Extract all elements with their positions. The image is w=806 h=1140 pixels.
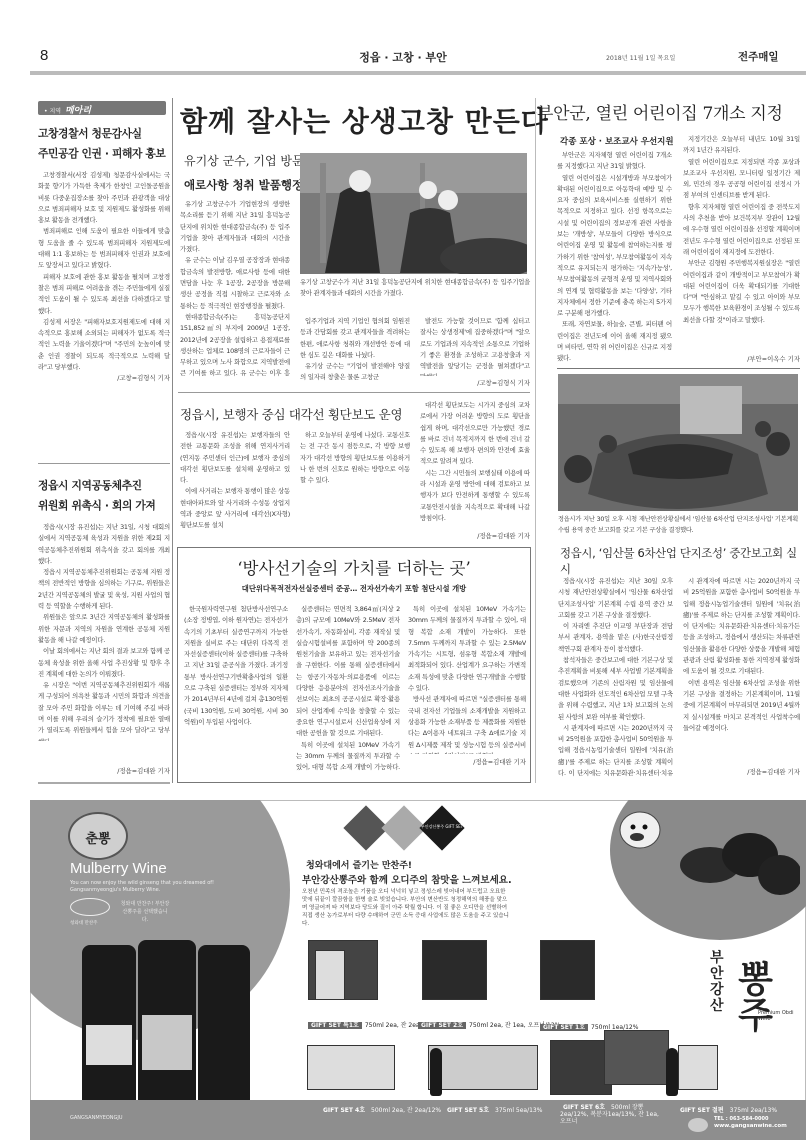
website-link[interactable]: www.gangsanwine.com — [714, 1123, 787, 1129]
article-body-col-3: 발전도 가능할 것이므로 '함께 십터고 잘사는 상생경제'에 집중하겠다"며 … — [420, 316, 530, 376]
article-jeongeup-community: 정읍시 지역공동체추진 위원회 위촉식 · 회의 가져 정읍시(시장 유진섭)는… — [38, 476, 170, 741]
factory-photo-illustration — [300, 153, 527, 274]
radiation-body-col-2: 실증센터는 연면적 3,864㎡(지상 2층)의 규모에 10MeV와 2.5M… — [296, 604, 400, 772]
bottle-label — [142, 1015, 192, 1070]
radiation-subheadline: 대단위다목적전자선실증센터 준공… 전자선가속기 포함 첨단시설 개방 — [177, 584, 531, 594]
divider — [38, 463, 170, 464]
article-body-col-2: 입주기업과 지역 기업인 협의회 임원진 등과 간담회를 갖고 관계자들을 격려… — [300, 316, 410, 390]
promo-line-2: 부안강산뽕주와 함께 오디주의 참맛을 느껴보세요. — [302, 872, 512, 886]
divider — [38, 782, 170, 784]
buan-body-col-1: 부안군은 지자체형 열린 어린이집 7개소를 지정했다고 지난 31일 밝혔다.… — [557, 150, 672, 364]
newspaper-name: 전주매일 — [738, 49, 779, 64]
gift-set-caption: GIFT SET 5호375ml 5ea/13% — [444, 1105, 542, 1114]
mulberry-fruit-icon — [670, 820, 800, 900]
gift-box-3 — [540, 940, 595, 1000]
subheadline-2: 애로사항 청취 발품행정 — [184, 177, 303, 193]
gift-set-caption: GIFT SET 4호500ml 2ea, 잔 2ea/12% — [320, 1105, 441, 1114]
promo-body: 오천년 민족의 격조높은 기품을 오디 넉넉히 넣고 정성스레 빚어내어 부드럽… — [302, 888, 512, 928]
forest-body-col-1: 정읍시(시장 유진섭)는 지난 30일 오후 시청 재난안전상황실에서 '임산물… — [558, 576, 673, 778]
column-rule — [172, 98, 173, 783]
bottle-small — [430, 1048, 442, 1096]
byline: /고창=김형식 기자 — [38, 373, 170, 382]
crosswalk-headline: 정읍시, 보행자 중심 대각선 횡단보도 운영 — [180, 405, 402, 423]
brand-badge: 춘뽕 — [68, 812, 128, 860]
radiation-body-col-3: 특히 이곳에 설치된 10MeV 가속기는 30mm 두께의 물질까지 투과할 … — [408, 604, 526, 754]
buan-body-col-2: 지정기간은 오늘부터 내년도 10월 31일까지 1년간 유지된다. 열린 어린… — [683, 134, 800, 364]
company-logo-icon — [688, 1118, 708, 1132]
headline-line-2: 주민공감 인권 · 피해자 홍보 — [38, 144, 170, 164]
phone-number: TEL : 063-584-0000 — [714, 1116, 768, 1122]
section-title: 정읍 · 고창 · 부안 — [0, 49, 806, 65]
crosswalk-body-col-2: 하고 오늘부터 운영에 나섰다. 교통신호는 전 구간 동시 점등으로, 각 방… — [300, 430, 410, 540]
byline: /고창=김형식 기자 — [420, 378, 530, 387]
mulberry-wine-advertisement[interactable]: 춘뽕 Mulberry Wine You can now enjoy the w… — [30, 800, 806, 1140]
headline-line-2: 위원회 위촉식 · 회의 가져 — [38, 496, 170, 516]
gift-box-7 — [678, 1045, 718, 1090]
gift-box-1-bottles — [315, 950, 345, 1000]
main-headline: 함께 잘사는 상생고창 만든다 — [180, 100, 549, 140]
article-body: 정읍시(시장 유진섭)는 지난 31일, 시청 대회의실에서 지역공동체 육성과… — [38, 522, 170, 741]
bluehouse-emblem-icon — [70, 898, 110, 916]
column-rule — [535, 98, 536, 783]
divider — [178, 392, 530, 393]
brand-sub: Premium Obdi Wine — [758, 1010, 798, 1022]
buan-subheadline: 각종 포상 · 보조교사 우선지원 — [560, 135, 674, 147]
headline-line-1: 고창경찰서 청문감사실 — [38, 124, 170, 144]
byline: /정읍=김대완 기자 — [38, 766, 170, 775]
radiation-headline: ‘방사선기술의 가치를 더하는 곳’ — [177, 555, 531, 579]
byline: /정읍=김대완 기자 — [420, 531, 530, 540]
brand-calligraphy-small: 부안강산 — [710, 950, 730, 1014]
bottle-label — [86, 1025, 132, 1065]
wine-tagline: You can now enjoy the wild ginseng that … — [70, 880, 260, 894]
meeting-photo-illustration — [558, 374, 798, 511]
gift-box-5 — [428, 1045, 538, 1090]
meeting-photo-caption: 정읍시가 지난 30일 오후 시청 재난안전상황실에서 '임산물 6차산업 단지… — [558, 515, 798, 536]
gift-set-caption: GIFT SET 2호750ml 2ea, 잔 1ea, 오프너/12% — [418, 1020, 560, 1029]
divider — [557, 368, 800, 369]
bluehouse-label: 청와대 만찬주 — [70, 920, 98, 926]
byline: /부안=이옥수 기자 — [683, 354, 800, 363]
promo-line-1: 청와대에서 즐기는 만찬주! — [306, 858, 412, 871]
gift-set-caption: GIFT SET 절편375ml 2ea/13% — [677, 1105, 777, 1114]
bottle-small — [666, 1048, 678, 1096]
article-body: 고창경찰서(서장 김성제) 청문감사실에서는 국화꽃 향기가 가득한 축제가 한… — [38, 170, 170, 373]
issue-date: 2018년 11월 1일 목요일 — [606, 53, 675, 62]
gift-box-6 — [550, 1040, 612, 1095]
gift-set-caption: GIFT SET 6호500ml 장뽕2ea/12%, 복분자1ea/13%, … — [560, 1104, 660, 1125]
subheadline-1: 유기상 군수, 기업 방문 — [184, 152, 304, 169]
mascot-character-icon — [615, 805, 675, 860]
wine-title: Mulberry Wine — [70, 860, 167, 877]
byline: /정읍=김대완 기자 — [408, 757, 526, 766]
region-section-tag: • 지역 메아리 — [38, 101, 166, 115]
region-tag-big: 메아리 — [65, 106, 91, 116]
buan-headline: 부안군, 열린 어린이집 7개소 지정 — [537, 99, 783, 124]
maker-logo: GANGSANMYEONGJU — [70, 1115, 123, 1121]
meeting-photo — [558, 374, 798, 511]
byline: /정읍=김대완 기자 — [683, 767, 800, 776]
bullet-icon: • — [44, 108, 48, 115]
gift-box-2 — [422, 940, 487, 1000]
header-rule — [30, 71, 806, 75]
crosswalk-body-col-1: 정읍시(시장 유진섭)는 보행자들의 안전한 교통문화 조성을 위해 연지사거리… — [180, 430, 290, 540]
region-tag-small: 지역 — [49, 108, 61, 115]
photo-caption: 유기상 고창군수가 지난 31일 흥덕농공단지에 위치한 현대종합금속(주) 등… — [300, 278, 530, 299]
gift-box-6-back — [604, 1030, 669, 1085]
article-body-col-1: 유기상 고창군수가 기업현장의 생생한 목소리를 듣기 위해 지난 31일 흥덕… — [180, 199, 290, 379]
article-gochang-police: 고창경찰서 청문감사실 주민공감 인권 · 피해자 홍보 고창경찰서(서장 김성… — [38, 124, 170, 382]
headline-line-1: 정읍시 지역공동체추진 — [38, 476, 170, 496]
forest-headline: 정읍시, ‘임산물 6차산업 단지조성’ 중간보고회 실시 — [560, 545, 806, 577]
gift-set-caption: GIFT SET 특1호750ml 2ea, 잔 2ea/16% — [308, 1020, 435, 1029]
forest-body-col-2: 시 관계자에 따르면 시는 2020년까지 국비 25억원을 포함한 총사업비 … — [683, 576, 800, 766]
radiation-body-col-1: 한국원자력연구원 첨단방사선연구소(소장 정병엽, 이하 원자연)는 전자선가속… — [184, 604, 288, 772]
gift-box-4 — [307, 1045, 395, 1090]
bluehouse-text: 청와대 만찬주! 부안강산뽕주를 선택했습니다. — [120, 900, 170, 924]
crosswalk-body-col-3: 대각선 횡단보도는 시가지 중심의 교차로에서 가장 어려운 방향의 도로 횡단… — [420, 400, 530, 530]
factory-visit-photo — [300, 153, 527, 274]
gift-set-diamond-label: 부안강산뽕주 GIFT SET — [416, 824, 468, 829]
